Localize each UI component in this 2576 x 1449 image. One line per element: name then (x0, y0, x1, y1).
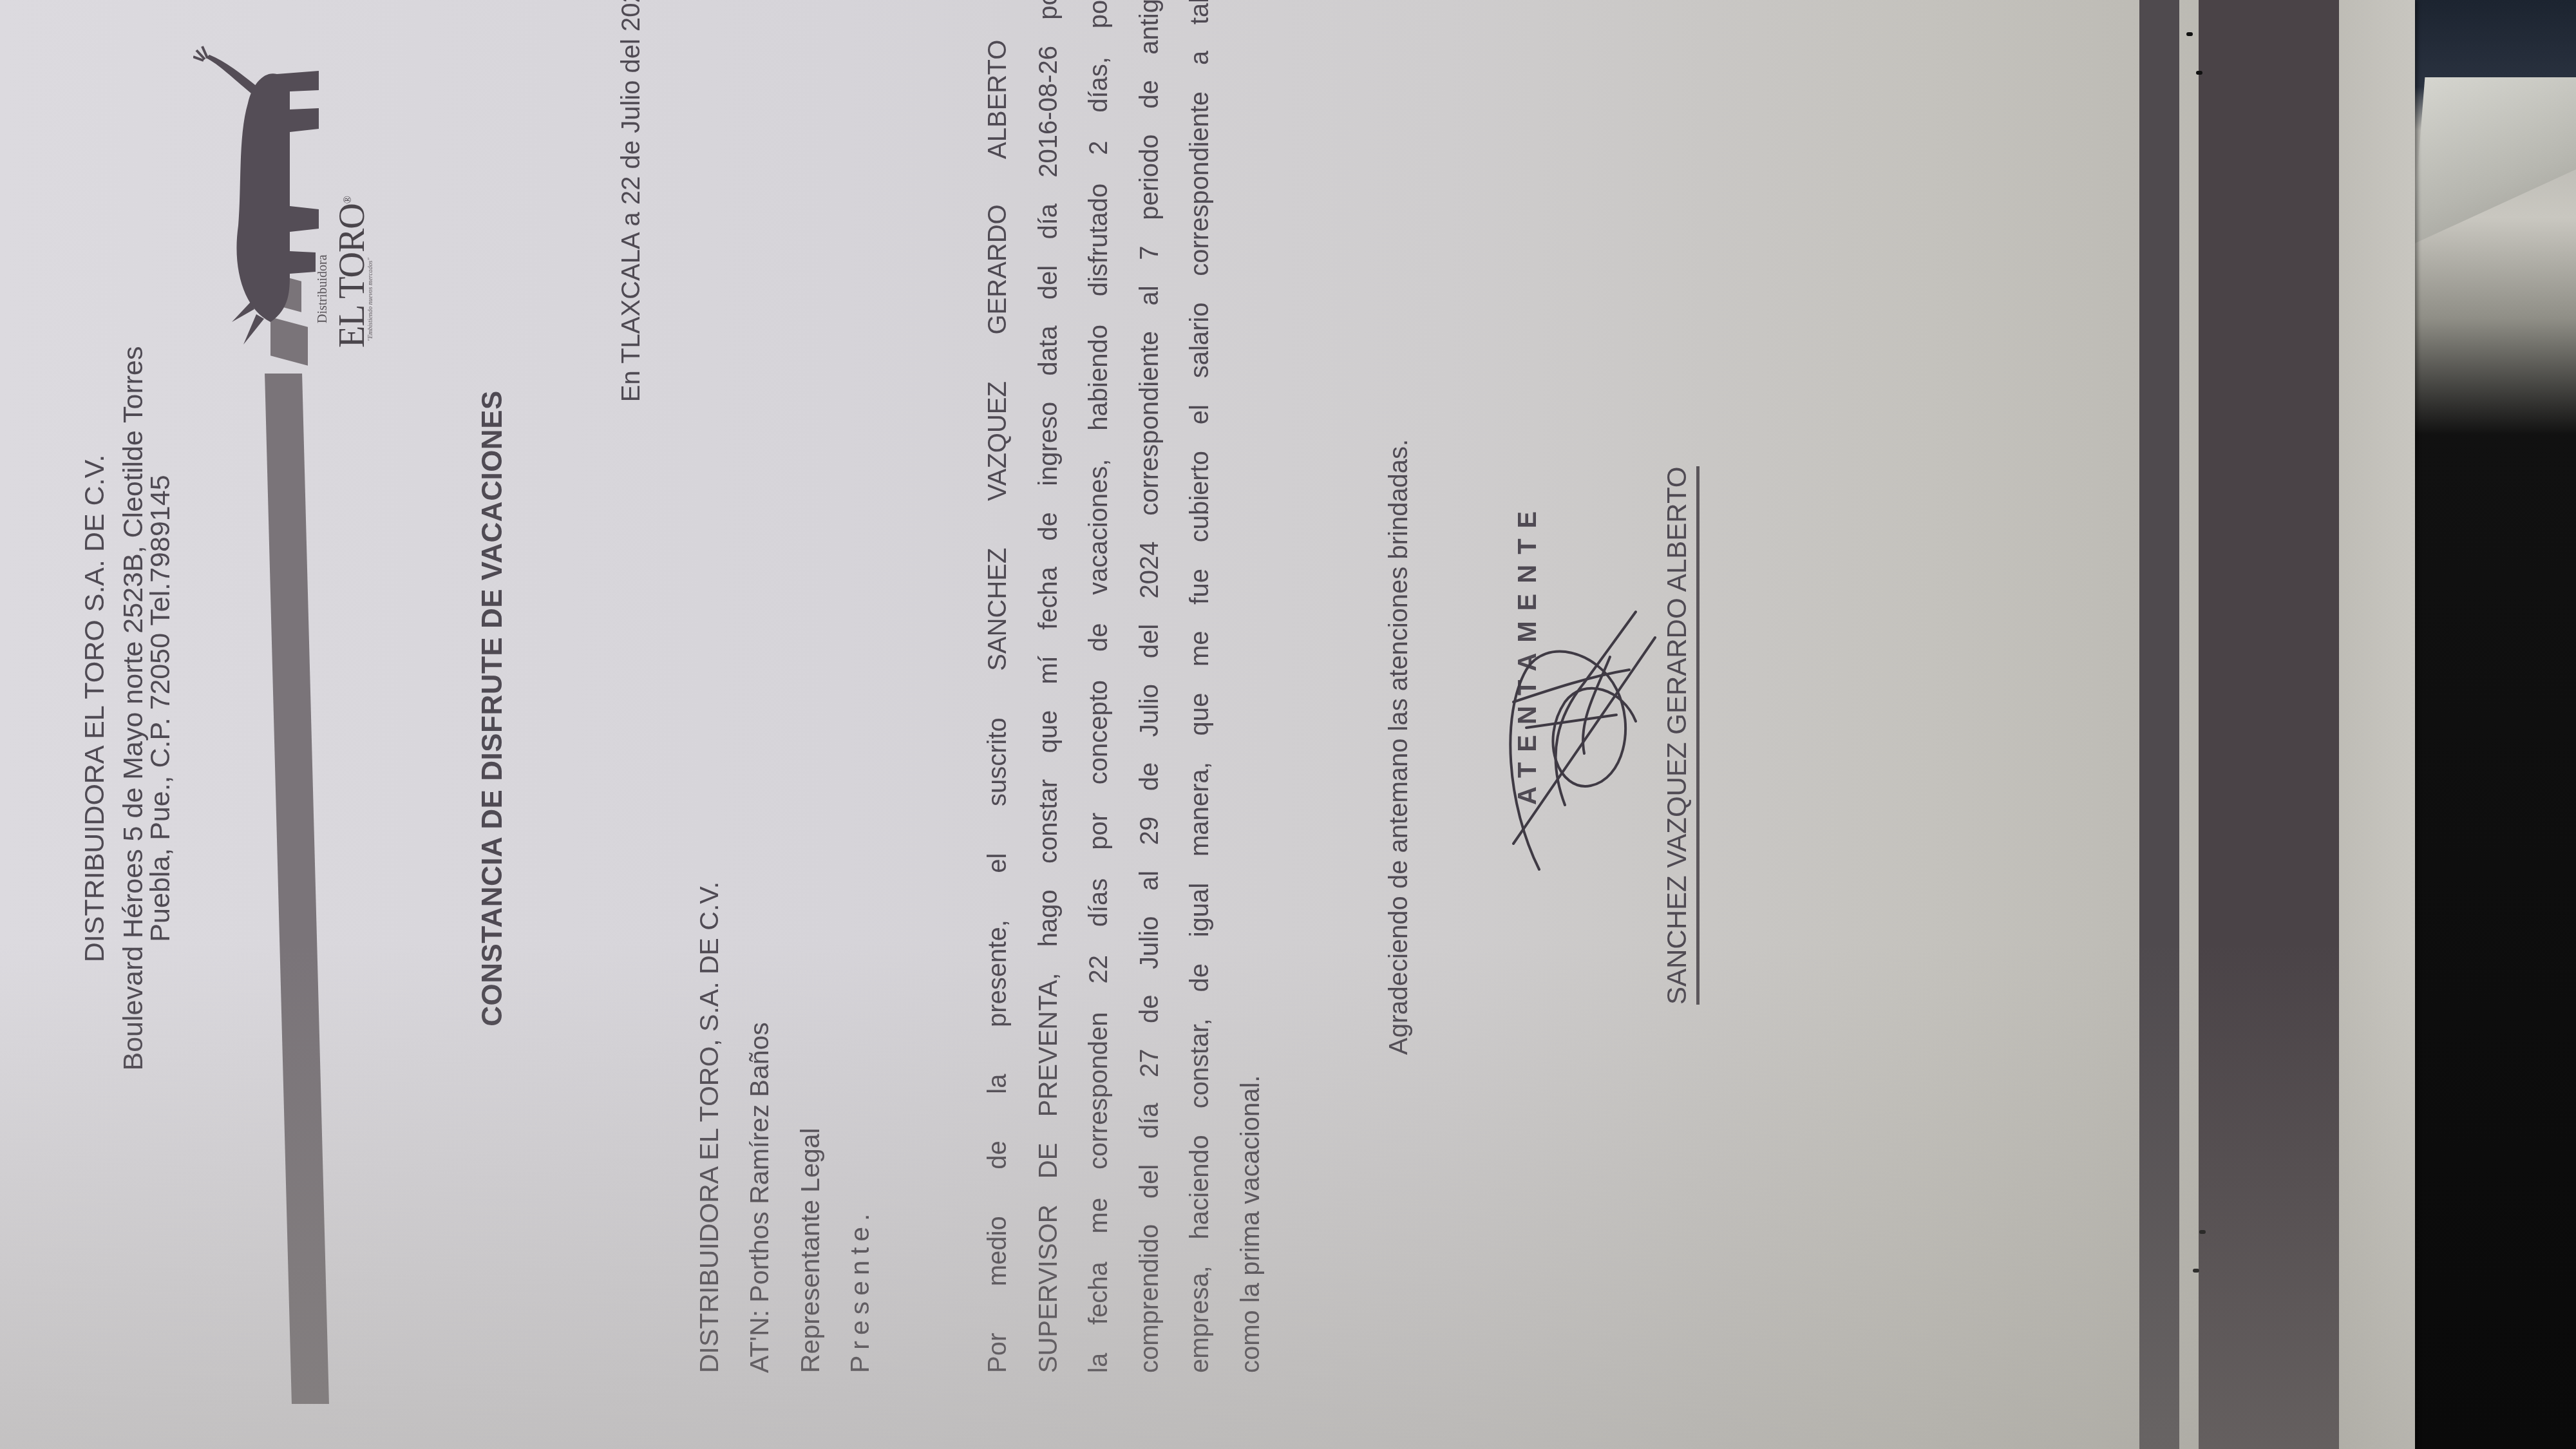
addressee-attention: AT'N: Porthos Ramírez Baños (744, 1022, 775, 1373)
body-line: como la prima vacacional. (1226, 0, 1276, 1373)
body-line: la fecha me corresponden 22 días por con… (1074, 0, 1124, 1373)
company-logo: Distribuidora EL TORO® "Embistiendo nuev… (193, 45, 380, 348)
letterhead-address-line2: Puebla, Pue., C.P. 72050 Tel.7989145 (147, 0, 175, 1449)
bull-icon (193, 45, 322, 348)
addressee-role: Representante Legal (795, 1128, 826, 1373)
body-line: Por medio de la presente, el suscrito SA… (972, 0, 1023, 1373)
logo-tagline: "Embistiendo nuevos mercados" (367, 258, 374, 341)
body-line: empresa, haciendo constar, de igual mane… (1175, 0, 1226, 1373)
document-page: DISTRIBUIDORA EL TORO S.A. DE C.V. Boule… (0, 0, 2409, 1449)
document-title: CONSTANCIA DE DISFRUTE DE VACACIONES (477, 0, 509, 1449)
letterhead-company: DISTRIBUIDORA EL TORO S.A. DE C.V. (81, 0, 109, 1449)
addressee-greeting: Presente. (845, 1208, 875, 1374)
closing-thanks: Agradeciendo de antemano las atenciones … (1385, 439, 1414, 1055)
signer-name: SANCHEZ VAZQUEZ GERARDO ALBERTO (1662, 466, 1700, 1005)
place-date: En TLAXCALA a 22 de Julio del 2024 (617, 0, 646, 402)
addressee-company: DISTRIBUIDORA EL TORO, S.A. DE C.V. (694, 882, 724, 1373)
logo-small-text: Distribuidora (316, 254, 330, 323)
body-line: comprendido del día 27 de Julio al 29 de… (1124, 0, 1175, 1373)
letterhead-address-line1: Boulevard Héroes 5 de Mayo norte 2523B, … (120, 0, 147, 1449)
body-line: SUPERVISOR DE PREVENTA, hago constar que… (1023, 0, 1074, 1373)
body-paragraph: Por medio de la presente, el suscrito SA… (972, 0, 1276, 1373)
signature-icon (1488, 573, 1681, 882)
decorative-bar (265, 374, 329, 1404)
document-paper: DISTRIBUIDORA EL TORO S.A. DE C.V. Boule… (0, 0, 2415, 1449)
